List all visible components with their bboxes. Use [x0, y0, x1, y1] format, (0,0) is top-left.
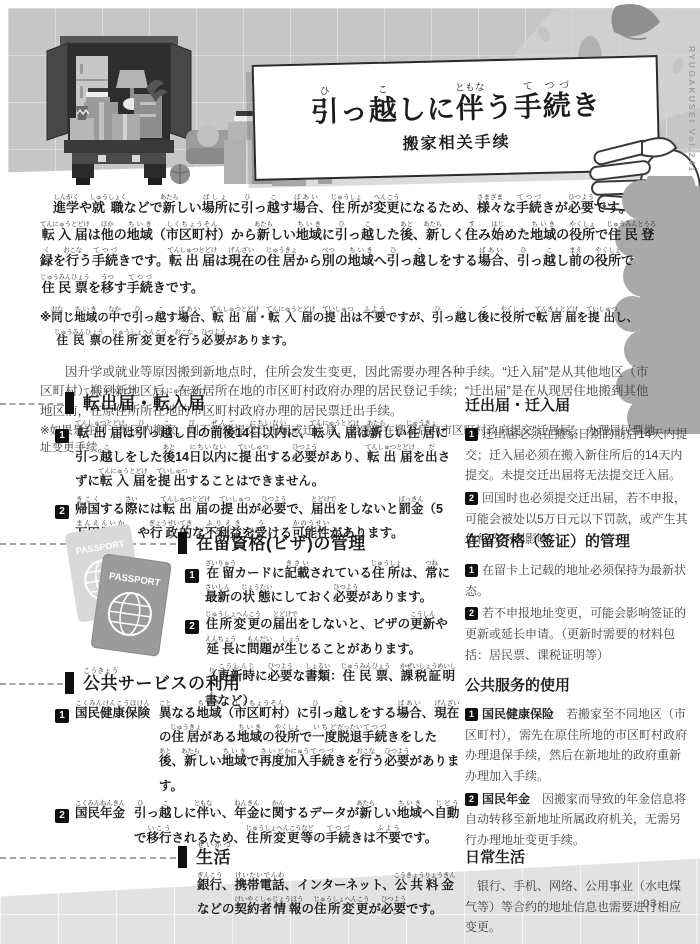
item-label: 国民健康保険こくみんけんこうほけん [75, 700, 150, 725]
magazine-page: 引ひっ越こしに伴ともなう手て続つづき 搬家相关手续 RYUGAKUSEI Vol… [0, 0, 700, 944]
header-bar [178, 846, 187, 868]
item-number-badge: 2 [55, 505, 69, 519]
magazine-side-label: RYUGAKUSEI Vol.241 [687, 46, 697, 173]
item-number-badge: 1 [55, 429, 69, 443]
list-item: 2 住所変更じゅうしょへんこうの届出とどけでをしないと、ビザの更新こうしんや延長… [185, 611, 457, 661]
leaf-icon [611, 4, 660, 39]
section-title: 生活せいかつ [196, 842, 231, 868]
list-item: 1在留卡上记载的地址必须保持为最新状态。 [465, 560, 690, 601]
section-moving-notice-cn: 迁出届・迁入届 1迁出届必须在搬家日期的前后14天内提交；迁入届必须在搬入新住所… [465, 394, 690, 552]
dash-line [0, 683, 63, 685]
section-public-services-jp: 公共こうきょうサービスの利用りよう 1 国民健康保険こくみんけんこうほけん 異こ… [0, 668, 462, 850]
section-header: 公共こうきょうサービスの利用りよう [0, 668, 462, 694]
section-text: 銀行ぎんこう、携帯電話けいたいでんわ、インターネット、公共料金こうきょうりょうき… [197, 872, 461, 922]
item-number-badge: 1 [55, 709, 69, 723]
list-item: 1 国民健康保険こくみんけんこうほけん 異ことなる地域ちいき（市区町村しくちょう… [55, 700, 460, 799]
item-number-badge: 2 [55, 809, 69, 823]
section-title: 在留資格ざいりゅうしかく(ビザ)の管理かんり [196, 528, 366, 554]
list-item: 2国民年金 因搬家而导致的年金信息将自动转移至新地址所属政府机关，无需另行办理地… [465, 789, 690, 851]
section-title-cn: 在留资格（签证）的管理 [465, 530, 690, 551]
list-item: 2若不申报地址变更，可能会影响签证的更新或延长申请。（更新时需要的材料包括：居民… [465, 603, 690, 665]
item-label: 国民年金こくみんねんきん [75, 800, 125, 825]
section-title-cn: 日常生活 [465, 846, 687, 867]
page-title: 引ひっ越こしに伴ともなう手て続つづき [310, 79, 601, 126]
list-item: 1 在留ざいりゅうカードに記載きさいされている住所じゅうしょは、常つねに最新さい… [185, 560, 457, 610]
item-number-badge: 1 [185, 569, 199, 583]
hero-illustration: 引ひっ越こしに伴ともなう手て続つづき 搬家相关手续 RYUGAKUSEI Vol… [0, 0, 700, 190]
section-header: 転出届てんしゅつとどけ・転入届てんにゅうとどけ [0, 388, 460, 414]
section-visa-cn: 在留资格（签证）的管理 1在留卡上记载的地址必须保持为最新状态。 2若不申报地址… [465, 530, 690, 667]
intro-japanese-note: ※同おなじ地域ちいきの中なかで引ひっ越こす場合ばあい、転出届てんしゅつとどけ・転… [40, 306, 658, 353]
list-item: 1 転出届てんしゅつとどけは引ひっ越こし日びの前後ぜんご14日以内にちいないに、… [55, 420, 457, 494]
dash-line [0, 857, 176, 859]
dash-line [0, 403, 63, 405]
item-number-badge: 2 [185, 620, 199, 634]
header-bar [178, 532, 187, 554]
header-bar [65, 672, 74, 694]
section-title: 公共こうきょうサービスの利用りよう [83, 668, 241, 694]
section-public-services-cn: 公共服务的使用 1国民健康保险 若搬家至不同地区（市区町村），需先在原住所地的市… [465, 674, 690, 852]
passport-illustration: PASSPORT PASSPORT [50, 518, 175, 663]
page-subtitle: 搬家相关手续 [402, 129, 511, 155]
list-item: 1迁出届必须在搬家日期的前后14天内提交；迁入届必须在搬入新住所后的14天内提交… [465, 424, 690, 486]
section-title-cn: 迁出届・迁入届 [465, 394, 690, 415]
section-daily-life-cn: 日常生活 银行、手机、网络、公用事业（水电煤气等）等合约的地址信息也需要进行相应… [465, 846, 687, 940]
page-number: 03 [643, 898, 657, 910]
list-item: 1国民健康保险 若搬家至不同地区（市区町村），需先在原住所地的市区町村政府办理退… [465, 704, 690, 787]
intro-japanese: 進学しんがくや就職しゅうしょくなどで新あたらしい場所ばしょに引ひっ越こす場合ばあ… [40, 194, 658, 302]
header-bar [65, 392, 74, 414]
section-daily-life-jp: 生活せいかつ 銀行ぎんこう、携帯電話けいたいでんわ、インターネット、公共料金こう… [0, 842, 462, 921]
section-header: 生活せいかつ [0, 842, 462, 868]
section-title-cn: 公共服务的使用 [465, 674, 690, 695]
section-title: 転出届てんしゅつとどけ・転入届てんにゅうとどけ [83, 388, 206, 414]
